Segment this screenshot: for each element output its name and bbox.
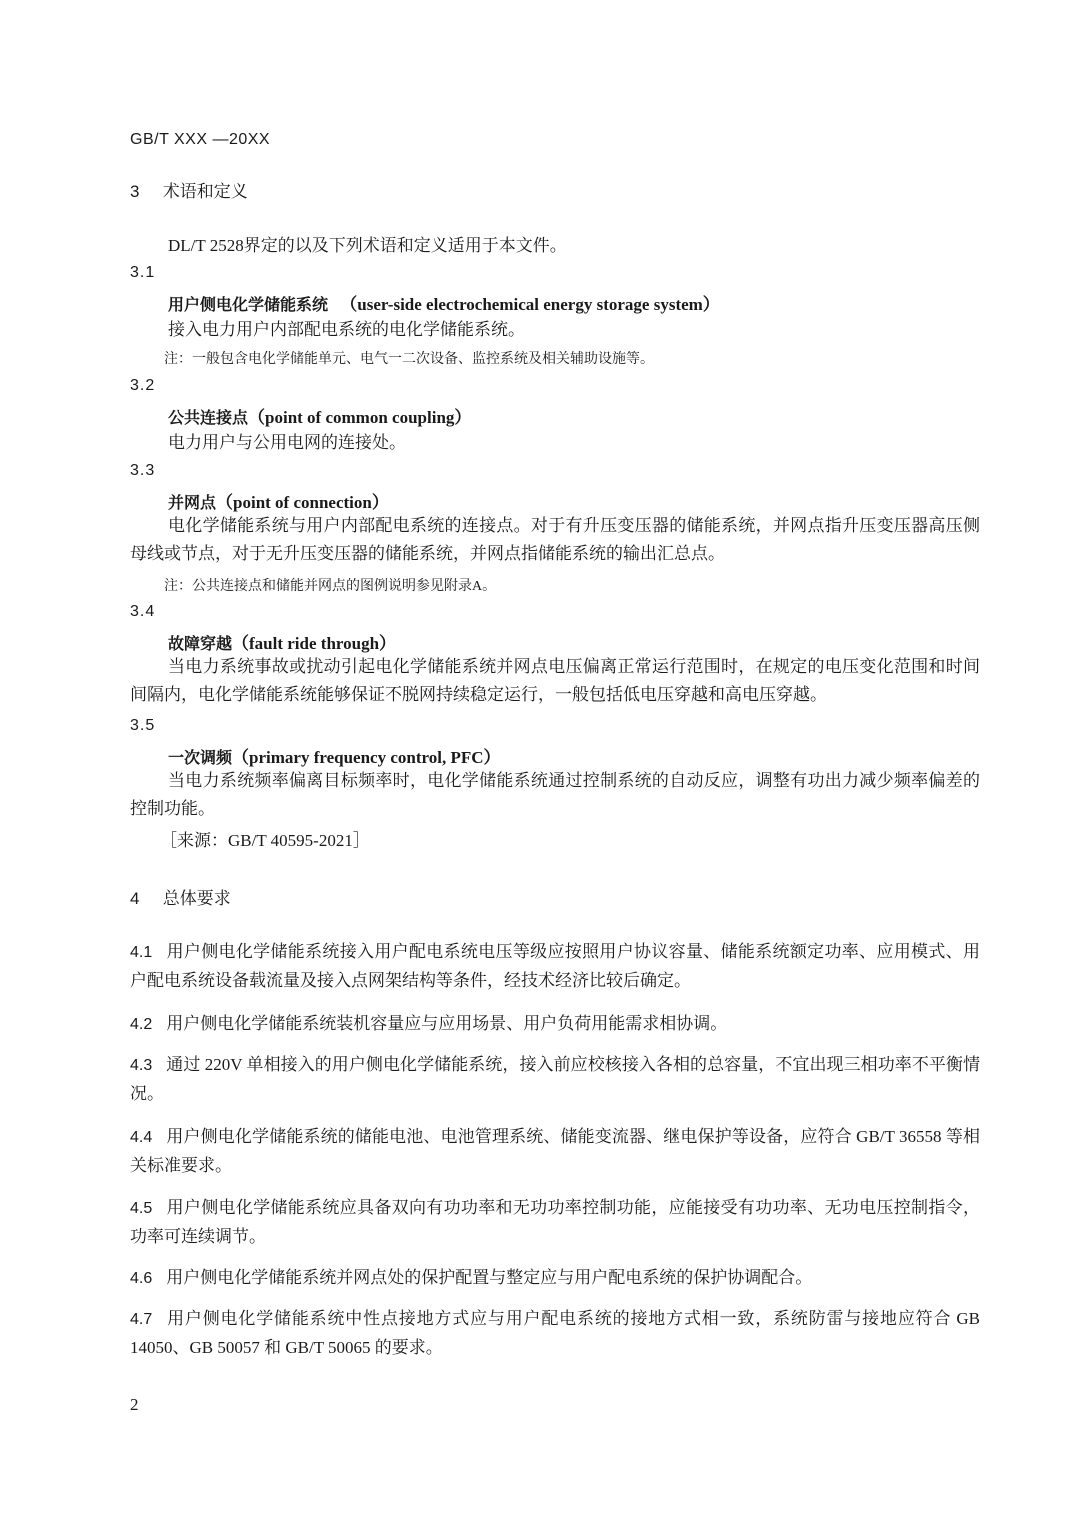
clause-text: 用户侧电化学储能系统装机容量应与应用场景、用户负荷用能需求相协调。: [166, 1014, 727, 1033]
section-title: 总体要求: [163, 889, 231, 908]
section-number: 3: [130, 182, 158, 202]
clause-text: 用户侧电化学储能系统接入用户配电系统电压等级应按照用户协议容量、储能系统额定功率…: [130, 942, 980, 990]
clause-text: 用户侧电化学储能系统中性点接地方式应与用户配电系统的接地方式相一致，系统防雷与接…: [130, 1309, 980, 1357]
clause-number: 4.5: [130, 1200, 152, 1217]
clause: 4.1用户侧电化学储能系统接入用户配电系统电压等级应按照用户协议容量、储能系统额…: [130, 938, 980, 995]
clause-number: 4.1: [130, 944, 152, 961]
term-cn: 并网点: [168, 493, 216, 512]
section-number: 4: [130, 889, 158, 909]
term-en: （point of connection）: [216, 493, 389, 512]
clause-number: 4.2: [130, 1016, 152, 1033]
term-cn: 故障穿越: [168, 634, 232, 653]
term-cn: 一次调频: [168, 748, 232, 767]
term-title: 公共连接点（point of common coupling）: [168, 403, 471, 428]
clause-number: 4.6: [130, 1270, 152, 1287]
term-definition: 接入电力用户内部配电系统的电化学储能系统。: [168, 316, 525, 344]
term-definition: 当电力系统事故或扰动引起电化学储能系统并网点电压偏离正常运行范围时，在规定的电压…: [130, 653, 980, 709]
clause: 4.2用户侧电化学储能系统装机容量应与应用场景、用户负荷用能需求相协调。: [130, 1010, 980, 1039]
term-cn: 公共连接点: [168, 408, 248, 427]
page-number: 2: [130, 1395, 139, 1415]
term-definition: 电力用户与公用电网的连接处。: [168, 429, 406, 457]
section-title: 术语和定义: [163, 182, 248, 201]
term-definition: 当电力系统频率偏离目标频率时，电化学储能系统通过控制系统的自动反应，调整有功出力…: [130, 767, 980, 823]
term-note: 注：公共连接点和储能并网点的图例说明参见附录A。: [164, 575, 496, 595]
clause: 4.6用户侧电化学储能系统并网点处的保护配置与整定应与用户配电系统的保护协调配合…: [130, 1264, 980, 1293]
term-source: ［来源：GB/T 40595-2021］: [160, 827, 370, 855]
term-en: （fault ride through）: [232, 634, 396, 653]
section-3-heading: 3 术语和定义: [130, 177, 248, 202]
document-page: GB/T XXX —20XX 3 术语和定义 DL/T 2528界定的以及下列术…: [0, 0, 1080, 1527]
term-number: 3.2: [130, 377, 155, 395]
term-title: 用户侧电化学储能系统 （user-side electrochemical en…: [168, 290, 720, 315]
term-number: 3.5: [130, 717, 155, 735]
term-number: 3.3: [130, 462, 155, 480]
term-title: 故障穿越（fault ride through）: [168, 629, 396, 654]
standard-code-header: GB/T XXX —20XX: [130, 131, 270, 149]
clause-text: 用户侧电化学储能系统并网点处的保护配置与整定应与用户配电系统的保护协调配合。: [166, 1268, 812, 1287]
clause: 4.3通过 220V 单相接入的用户侧电化学储能系统，接入前应校核接入各相的总容…: [130, 1051, 980, 1108]
section-3-intro: DL/T 2528界定的以及下列术语和定义适用于本文件。: [168, 232, 567, 260]
term-cn: 用户侧电化学储能系统: [168, 295, 328, 314]
term-en: （user-side electrochemical energy storag…: [340, 295, 720, 314]
clause-text: 用户侧电化学储能系统应具备双向有功功率和无功功率控制功能，应能接受有功功率、无功…: [130, 1198, 980, 1246]
term-note: 注：一般包含电化学储能单元、电气一二次设备、监控系统及相关辅助设施等。: [164, 348, 654, 368]
term-number: 3.1: [130, 264, 155, 282]
clause-number: 4.7: [130, 1311, 152, 1328]
clause: 4.5用户侧电化学储能系统应具备双向有功功率和无功功率控制功能，应能接受有功功率…: [130, 1194, 980, 1251]
term-definition: 电化学储能系统与用户内部配电系统的连接点。对于有升压变压器的储能系统，并网点指升…: [130, 512, 980, 568]
term-number: 3.4: [130, 603, 155, 621]
clause-text: 用户侧电化学储能系统的储能电池、电池管理系统、储能变流器、继电保护等设备，应符合…: [130, 1127, 980, 1175]
term-title: 并网点（point of connection）: [168, 488, 389, 513]
term-en: （point of common coupling）: [248, 408, 471, 427]
clause-text: 通过 220V 单相接入的用户侧电化学储能系统，接入前应校核接入各相的总容量，不…: [130, 1055, 980, 1103]
clause: 4.7用户侧电化学储能系统中性点接地方式应与用户配电系统的接地方式相一致，系统防…: [130, 1305, 980, 1362]
term-en: （primary frequency control, PFC）: [232, 748, 501, 767]
clause: 4.4用户侧电化学储能系统的储能电池、电池管理系统、储能变流器、继电保护等设备，…: [130, 1123, 980, 1180]
clause-number: 4.4: [130, 1129, 152, 1146]
section-4-heading: 4 总体要求: [130, 884, 231, 909]
clause-number: 4.3: [130, 1057, 152, 1074]
term-title: 一次调频（primary frequency control, PFC）: [168, 743, 501, 768]
